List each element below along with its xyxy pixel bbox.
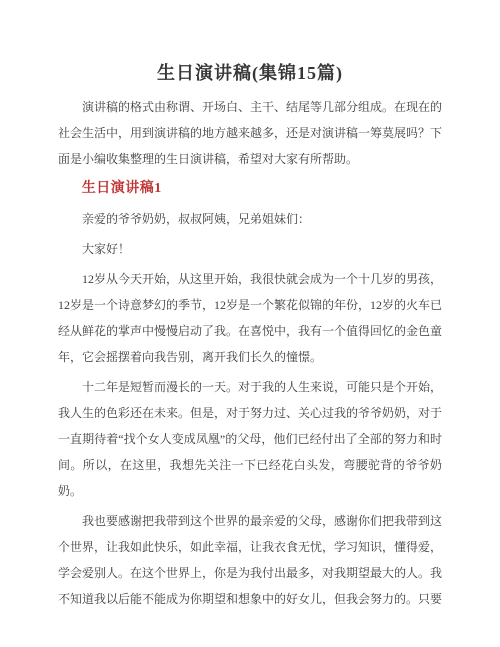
body-paragraph: 我也要感谢把我带到这个世界的最亲爱的父母，感谢你们把我带到这个世界，让我如此快乐… [58, 508, 442, 612]
document-page: 生日演讲稿(集锦15篇) 演讲稿的格式由称谓、开场白、主干、结尾等几部分组成。在… [0, 0, 500, 647]
body-paragraph: 十二年是短暂而漫长的一天。对于我的人生来说，可能只是个开始，我人生的色彩还在未来… [58, 374, 442, 504]
section-heading-1: 生日演讲稿1 [58, 176, 442, 202]
salutation-line: 亲爱的爷爷奶奶，叔叔阿姨，兄弟姐妹们： [58, 206, 442, 232]
greeting-line: 大家好！ [58, 236, 442, 262]
intro-paragraph: 演讲稿的格式由称谓、开场白、主干、结尾等几部分组成。在现在的社会生活中，用到演讲… [58, 94, 442, 172]
body-paragraph: 12岁从今天开始，从这里开始，我很快就会成为一个十几岁的男孩，12岁是一个诗意梦… [58, 266, 442, 370]
document-title: 生日演讲稿(集锦15篇) [58, 58, 442, 88]
